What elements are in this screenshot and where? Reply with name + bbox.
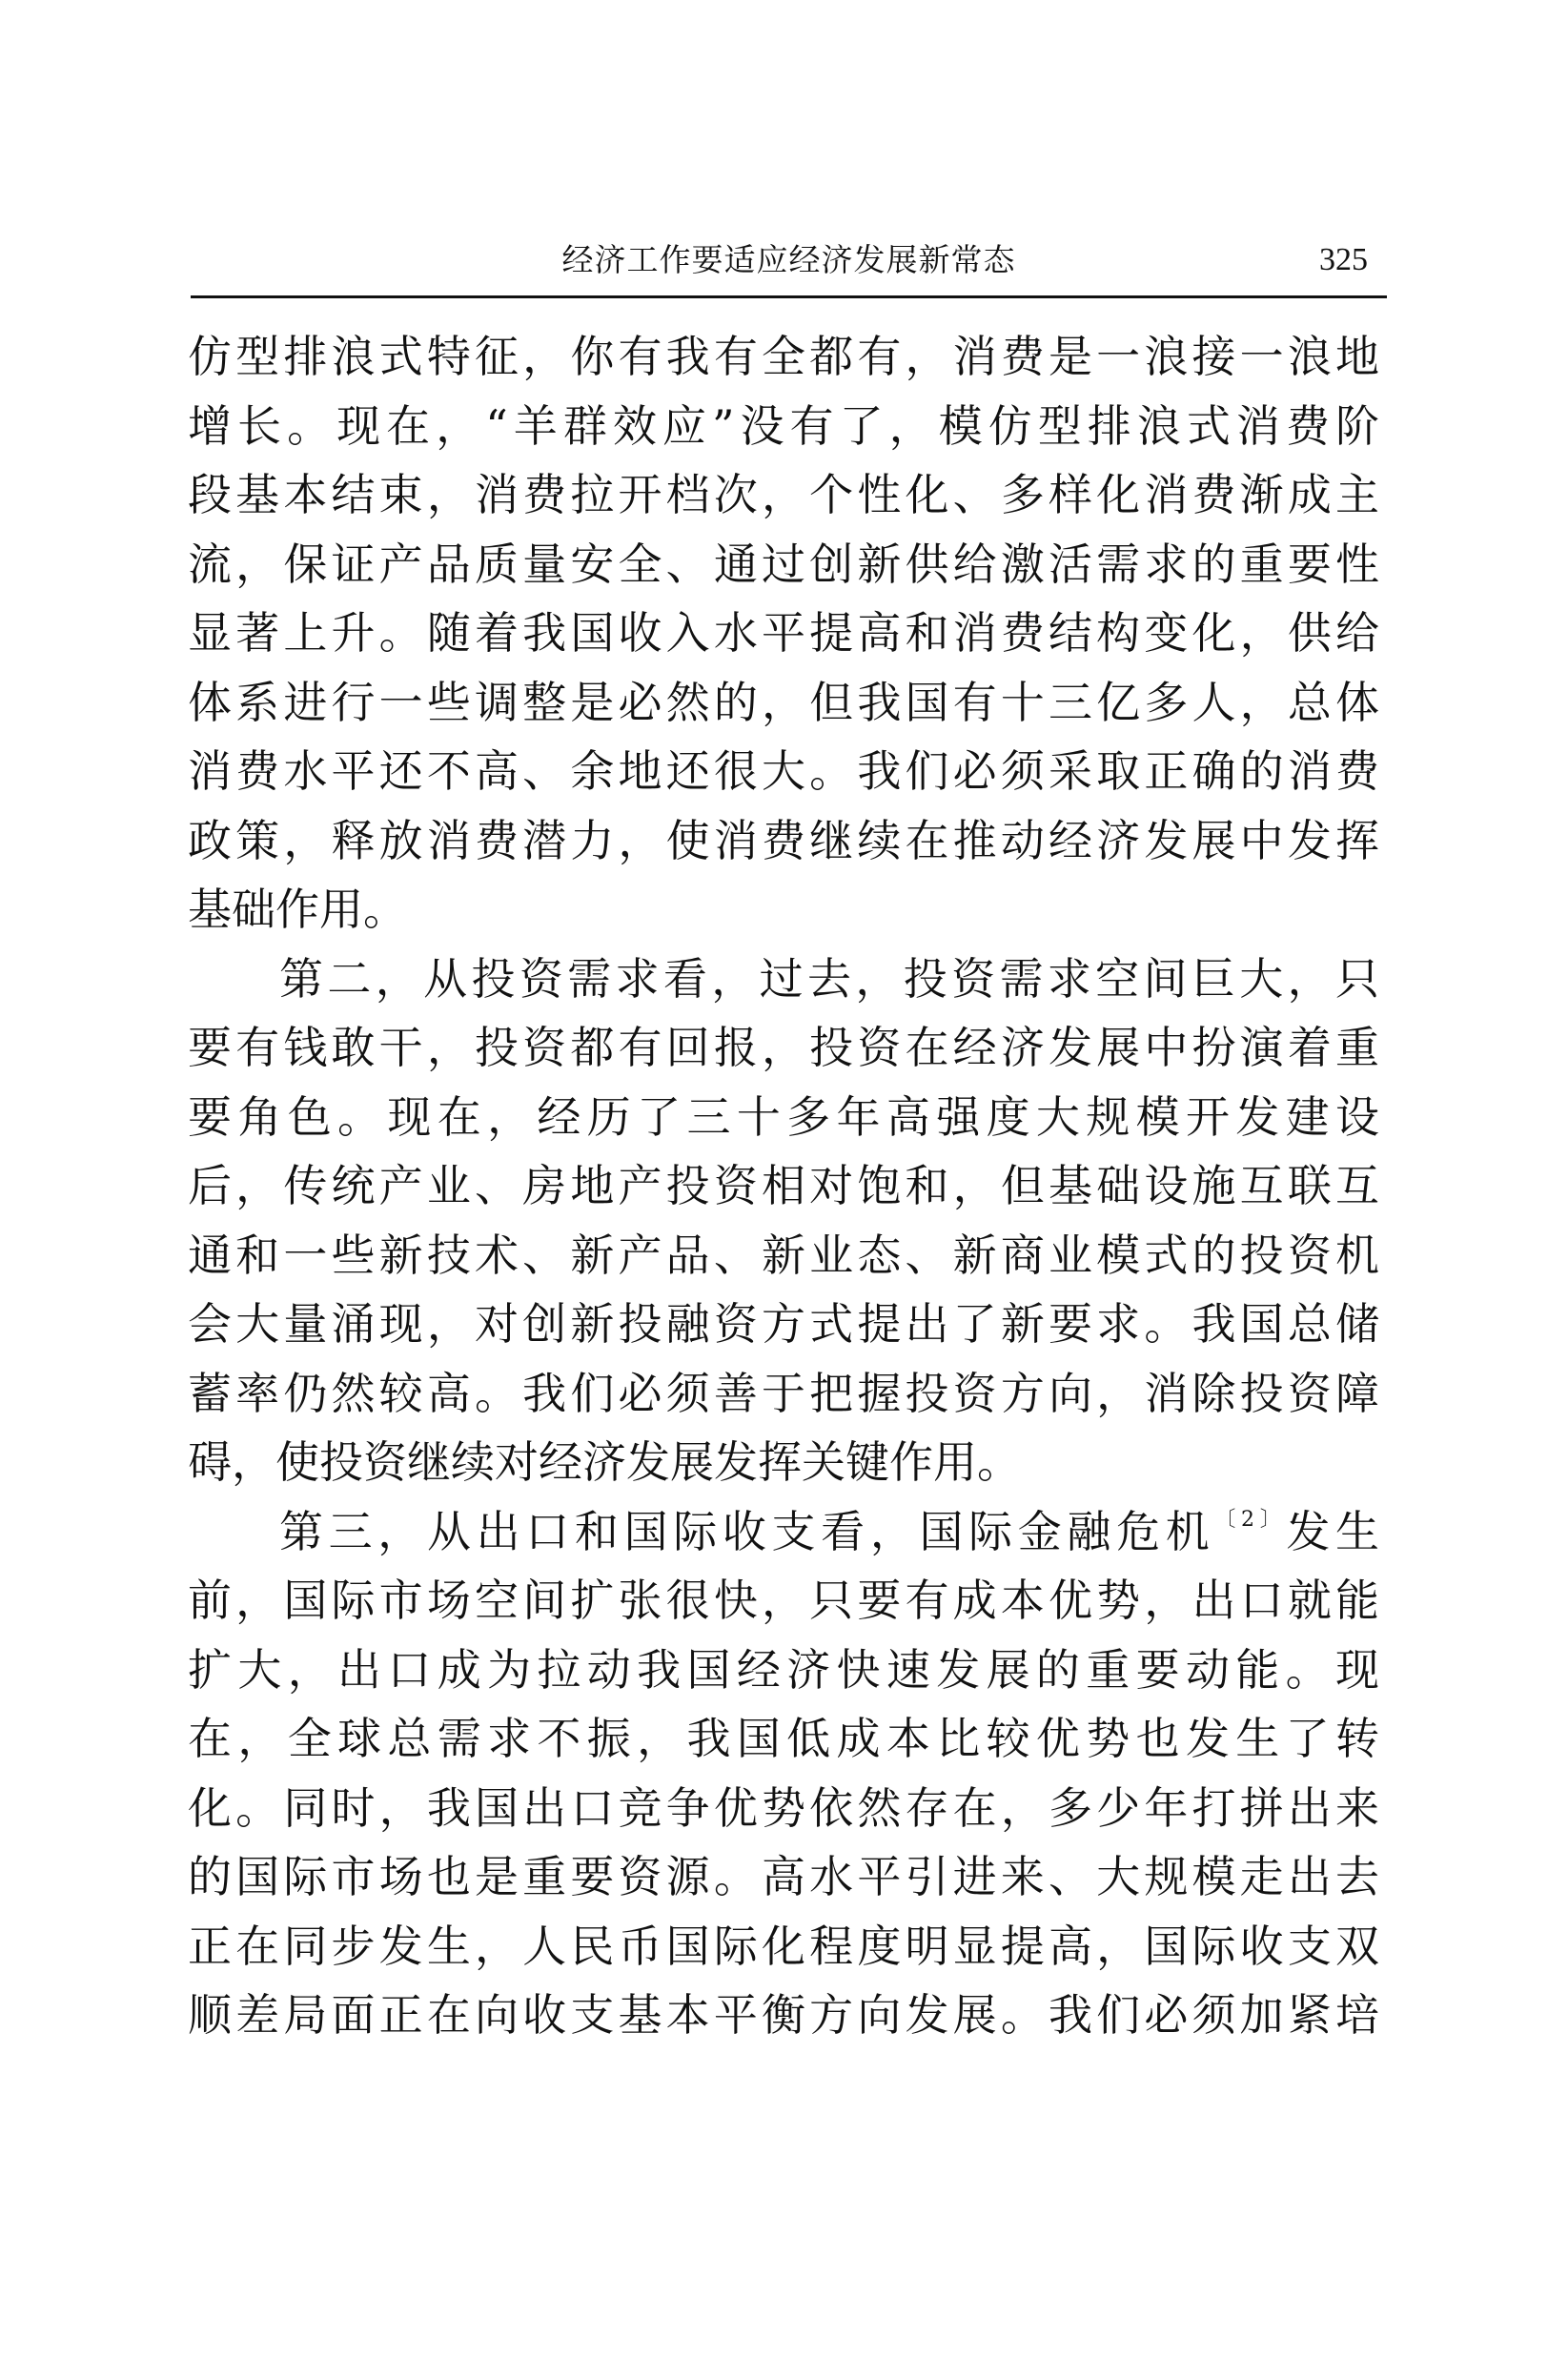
text-line: 显著上升。随着我国收入水平提高和消费结构变化，供给 <box>188 599 1379 668</box>
text-line: 段基本结束，消费拉开档次，个性化、多样化消费渐成主 <box>188 460 1379 530</box>
text-line: 在，全球总需求不振，我国低成本比较优势也发生了转 <box>188 1704 1379 1774</box>
text-line: 会大量涌现，对创新投融资方式提出了新要求。我国总储 <box>188 1290 1379 1359</box>
text-line: 顺差局面正在向收支基本平衡方向发展。我们必须加紧培 <box>188 1981 1379 2050</box>
text-line: 后，传统产业、房地产投资相对饱和，但基础设施互联互 <box>188 1151 1379 1221</box>
text-run: 发生 <box>1286 1506 1379 1557</box>
footnote-ref[interactable]: 〔2〕 <box>1214 1508 1286 1532</box>
text-line: 要有钱敢干，投资都有回报，投资在经济发展中扮演着重 <box>188 1013 1379 1083</box>
text-line: 通和一些新技术、新产品、新业态、新商业模式的投资机 <box>188 1221 1379 1291</box>
text-line: 仿型排浪式特征，你有我有全都有，消费是一浪接一浪地 <box>188 322 1379 392</box>
paragraph: 第三，从出口和国际收支看，国际金融危机〔2〕发生 前，国际市场空间扩张很快，只要… <box>188 1497 1379 2050</box>
text-line: 第三，从出口和国际收支看，国际金融危机〔2〕发生 <box>188 1497 1379 1567</box>
text-line: 正在同步发生，人民币国际化程度明显提高，国际收支双 <box>188 1912 1379 1982</box>
paragraph: 第二，从投资需求看，过去，投资需求空间巨大，只 要有钱敢干，投资都有回报，投资在… <box>188 945 1379 1497</box>
body-text: 仿型排浪式特征，你有我有全都有，消费是一浪接一浪地 增长。现在，“羊群效应”没有… <box>188 322 1379 2050</box>
page-number: 325 <box>1319 236 1368 284</box>
header-rule <box>191 295 1387 298</box>
text-line: 碍，使投资继续对经济发展发挥关键作用。 <box>188 1428 1379 1497</box>
text-line: 蓄率仍然较高。我们必须善于把握投资方向，消除投资障 <box>188 1359 1379 1429</box>
running-title: 经济工作要适应经济发展新常态 <box>191 236 1387 284</box>
text-line: 扩大，出口成为拉动我国经济快速发展的重要动能。现 <box>188 1636 1379 1705</box>
text-line: 要角色。现在，经历了三十多年高强度大规模开发建设 <box>188 1083 1379 1152</box>
text-line: 增长。现在，“羊群效应”没有了，模仿型排浪式消费阶 <box>188 392 1379 461</box>
text-line: 基础作用。 <box>188 875 1379 945</box>
page-header: 经济工作要适应经济发展新常态 325 <box>191 236 1387 294</box>
text-line: 消费水平还不高、余地还很大。我们必须采取正确的消费 <box>188 737 1379 806</box>
text-line: 第二，从投资需求看，过去，投资需求空间巨大，只 <box>188 945 1379 1014</box>
text-line: 化。同时，我国出口竞争优势依然存在，多少年打拼出来 <box>188 1774 1379 1843</box>
text-line: 流，保证产品质量安全、通过创新供给激活需求的重要性 <box>188 530 1379 600</box>
text-run: 第三，从出口和国际收支看，国际金融危机 <box>279 1506 1214 1557</box>
text-line: 体系进行一些调整是必然的，但我国有十三亿多人，总体 <box>188 668 1379 738</box>
text-line: 的国际市场也是重要资源。高水平引进来、大规模走出去 <box>188 1842 1379 1912</box>
text-line: 政策，释放消费潜力，使消费继续在推动经济发展中发挥 <box>188 806 1379 876</box>
paragraph: 仿型排浪式特征，你有我有全都有，消费是一浪接一浪地 增长。现在，“羊群效应”没有… <box>188 322 1379 945</box>
text-line: 前，国际市场空间扩张很快，只要有成本优势，出口就能 <box>188 1566 1379 1636</box>
